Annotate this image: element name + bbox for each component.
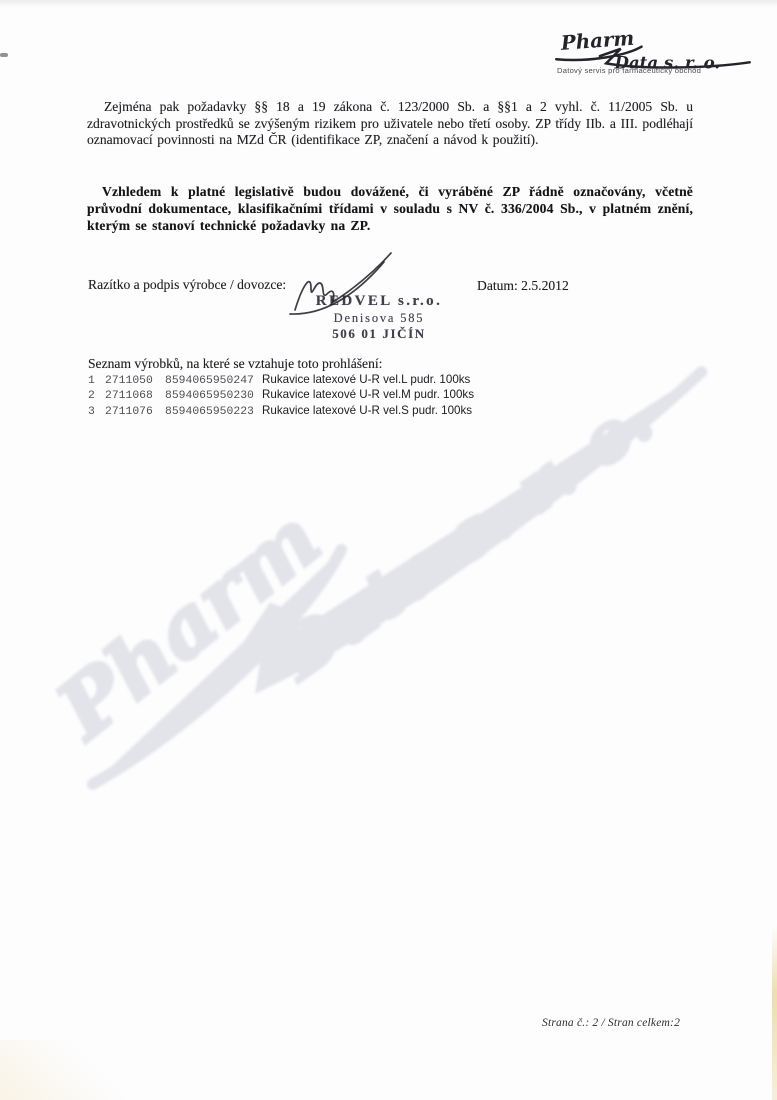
stamp-signature-label: Razítko a podpis výrobce / dovozce:: [88, 277, 286, 293]
paragraph-declaration: Vzhledem k platné legislativě budou dová…: [87, 183, 693, 235]
product-index: 2: [88, 390, 105, 402]
scan-corner-bottom-left: [0, 1040, 160, 1100]
scan-edge-top: [0, 0, 777, 7]
product-ean: 8594065950247: [165, 375, 262, 387]
product-row: 2 2711068 8594065950230 Rukavice latexov…: [88, 388, 568, 403]
product-row: 1 2711050 8594065950247 Rukavice latexov…: [88, 373, 568, 388]
product-ean: 8594065950230: [165, 390, 262, 402]
date-label: Datum: 2.5.2012: [477, 278, 569, 294]
watermark-word-pharm: Pharm: [39, 492, 338, 758]
handwritten-signature: [288, 250, 400, 318]
scan-speck: [0, 53, 8, 57]
product-list-heading: Seznam výrobků, na které se vztahuje tot…: [88, 356, 568, 372]
logo-tagline: Datový servis pro farmaceutický obchod: [557, 66, 757, 75]
product-row: 3 2711076 8594065950223 Rukavice latexov…: [88, 404, 568, 419]
product-name: Rukavice latexové U-R vel.L pudr. 100ks: [262, 373, 470, 386]
product-code: 2711076: [105, 406, 165, 418]
logo-word-pharm: Pharm: [559, 28, 635, 55]
watermark-word-data-sro: Data s. r. o.: [261, 379, 666, 696]
product-code: 2711050: [105, 375, 165, 387]
product-ean: 8594065950223: [165, 406, 262, 418]
scan-edge-right: [772, 925, 777, 1100]
product-name: Rukavice latexové U-R vel.M pudr. 100ks: [262, 388, 474, 401]
product-list: Seznam výrobků, na které se vztahuje tot…: [88, 356, 568, 419]
product-name: Rukavice latexové U-R vel.S pudr. 100ks: [262, 404, 472, 417]
product-index: 1: [88, 375, 105, 387]
product-code: 2711068: [105, 390, 165, 402]
product-index: 3: [88, 406, 105, 418]
page-footer: Strana č.: 2 / Stran celkem:2: [542, 1017, 680, 1029]
signature-upstroke: [333, 253, 391, 302]
document-page: Pharm Data s. r. o. Pharm Data s. r. o. …: [0, 0, 777, 1100]
watermark-swoosh-tail: [64, 550, 371, 787]
stamp-city: 506 01 JIČÍN: [283, 326, 475, 342]
paragraph-legal-requirements: Zejména pak požadavky §§ 18 a 19 zákona …: [87, 99, 693, 149]
